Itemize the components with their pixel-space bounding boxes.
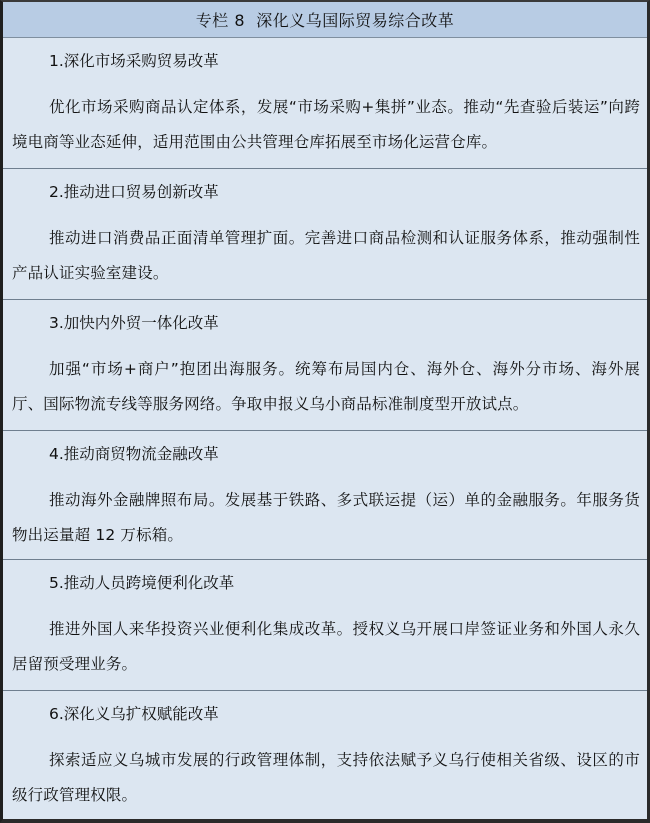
section-title: 2.推动进口贸易创新改革 <box>49 181 219 203</box>
section-title: 5.推动人员跨境便利化改革 <box>49 572 234 594</box>
section-title: 1.深化市场采购贸易改革 <box>49 50 219 72</box>
section-body: 探索适应义乌城市发展的行政管理体制，支持依法赋予义乌行使相关省级、设区的市级行政… <box>12 743 640 813</box>
section-title: 3.加快内外贸一体化改革 <box>49 312 219 334</box>
section-1: 1.深化市场采购贸易改革 优化市场采购商品认定体系，发展“市场采购+集拼”业态。… <box>3 38 647 169</box>
section-3: 3.加快内外贸一体化改革 加强“市场+商户”抱团出海服务。统筹布局国内仓、海外仓… <box>3 300 647 431</box>
section-6: 6.深化义乌扩权赋能改革 探索适应义乌城市发展的行政管理体制，支持依法赋予义乌行… <box>3 691 647 819</box>
section-body: 推动进口消费品正面清单管理扩面。完善进口商品检测和认证服务体系，推动强制性产品认… <box>12 221 640 291</box>
section-body: 推进外国人来华投资兴业便利化集成改革。授权义乌开展口岸签证业务和外国人永久居留预… <box>12 612 640 682</box>
section-body: 推动海外金融牌照布局。发展基于铁路、多式联运提（运）单的金融服务。年服务货物出运… <box>12 483 640 553</box>
section-body: 优化市场采购商品认定体系，发展“市场采购+集拼”业态。推动“先查验后装运”向跨境… <box>12 90 640 160</box>
feature-box: 专栏 8 深化义乌国际贸易综合改革 1.深化市场采购贸易改革 优化市场采购商品认… <box>0 0 650 823</box>
section-body: 加强“市场+商户”抱团出海服务。统筹布局国内仓、海外仓、海外分市场、海外展厅、国… <box>12 352 640 422</box>
section-5: 5.推动人员跨境便利化改革 推进外国人来华投资兴业便利化集成改革。授权义乌开展口… <box>3 560 647 691</box>
section-title: 6.深化义乌扩权赋能改革 <box>49 703 219 725</box>
section-title: 4.推动商贸物流金融改革 <box>49 443 219 465</box>
section-4: 4.推动商贸物流金融改革 推动海外金融牌照布局。发展基于铁路、多式联运提（运）单… <box>3 431 647 560</box>
section-2: 2.推动进口贸易创新改革 推动进口消费品正面清单管理扩面。完善进口商品检测和认证… <box>3 169 647 300</box>
box-title: 专栏 8 深化义乌国际贸易综合改革 <box>196 8 454 31</box>
box-header: 专栏 8 深化义乌国际贸易综合改革 <box>3 2 647 38</box>
